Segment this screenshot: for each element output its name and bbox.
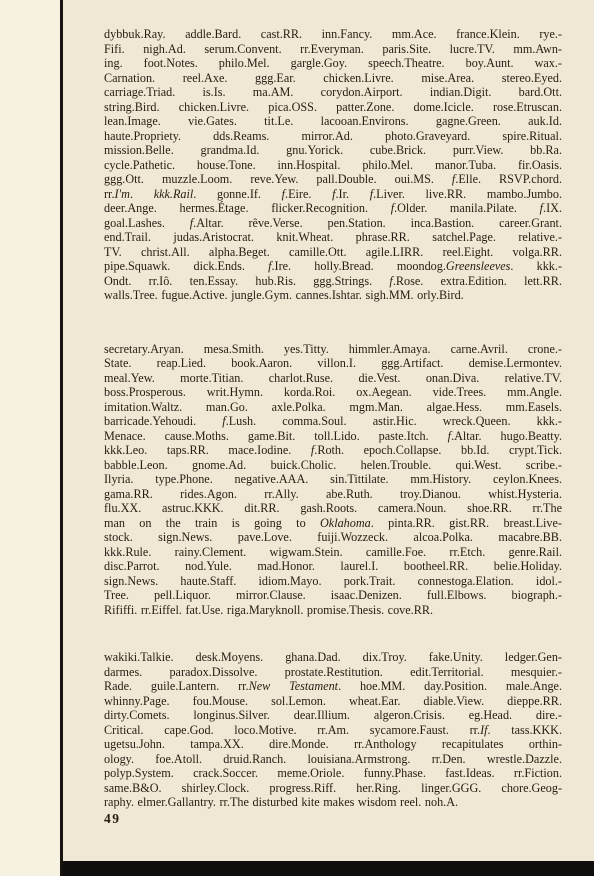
text-block: dybbuk.Ray. addle.Bard. cast.RR. inn.Fan…: [104, 27, 562, 810]
text-line: Tree. pell.Liquor. mirror.Clause. isaac.…: [104, 588, 562, 603]
text-line: mission.Belle. grandma.Id. gnu.Yorick. c…: [104, 143, 562, 158]
text-line: pipe.Squawk. dick.Ends. f.Ire. holly.Bre…: [104, 259, 562, 274]
text-line: State. reap.Lied. book.Aaron. villon.I. …: [104, 356, 562, 371]
text-line: ggg.Ott. muzzle.Loom. reve.Yew. pall.Dou…: [104, 172, 562, 187]
paragraph: dybbuk.Ray. addle.Bard. cast.RR. inn.Fan…: [104, 27, 562, 303]
text-line: Ondt. rr.Iô. ten.Essay. hub.Ris. ggg.Str…: [104, 274, 562, 289]
text-line: raphy. elmer.Gallantry. rr.The disturbed…: [104, 795, 562, 810]
text-line: Rade. guile.Lantern. rr.New Testament. h…: [104, 679, 562, 694]
text-line: stock. sign.News. pave.Love. fuiji.Wozze…: [104, 530, 562, 545]
text-line: walls.Tree. fugue.Active. jungle.Gym. ca…: [104, 288, 562, 303]
text-line: polyp.System. crack.Soccer. meme.Oriole.…: [104, 766, 562, 781]
page-number: 49: [104, 811, 121, 827]
text-line: ugetsu.John. tampa.XX. dire.Monde. rr.An…: [104, 737, 562, 752]
paragraph: wakiki.Talkie. desk.Moyens. ghana.Dad. d…: [104, 650, 562, 810]
text-line: kkk.Leo. taps.RR. mace.Iodine. f.Roth. e…: [104, 443, 562, 458]
text-line: Menace. cause.Moths. game.Bit. toll.Lido…: [104, 429, 562, 444]
text-line: string.Bird. chicken.Livre. pica.OSS. pa…: [104, 100, 562, 115]
text-line: Rififfi. rr.Eiffel. fat.Use. riga.Marykn…: [104, 603, 562, 618]
text-line: Critical. cape.God. loco.Motive. rr.Am. …: [104, 723, 562, 738]
text-line: Ilyria. type.Phone. negative.AAA. sin.Ti…: [104, 472, 562, 487]
text-line: cycle.Pathetic. house.Tone. inn.Hospital…: [104, 158, 562, 173]
text-line: flu.XX. astruc.KKK. dit.RR. gash.Roots. …: [104, 501, 562, 516]
text-line: end.Trail. judas.Aristocrat. knit.Wheat.…: [104, 230, 562, 245]
text-line: Fifi. nigh.Ad. serum.Convent. rr.Everyma…: [104, 42, 562, 57]
book-page: dybbuk.Ray. addle.Bard. cast.RR. inn.Fan…: [0, 0, 594, 876]
text-line: rr.I'm. kkk.Rail. gonne.If. f.Eire. f.Ir…: [104, 187, 562, 202]
text-line: gama.RR. rides.Agon. rr.Ally. abe.Ruth. …: [104, 487, 562, 502]
text-line: secretary.Aryan. mesa.Smith. yes.Titty. …: [104, 342, 562, 357]
text-line: imitation.Waltz. man.Go. axle.Polka. mgm…: [104, 400, 562, 415]
text-line: ology. foe.Atoll. druid.Ranch. louisiana…: [104, 752, 562, 767]
text-line: goal.Lashes. f.Altar. rêve.Verse. pen.St…: [104, 216, 562, 231]
text-line: whinny.Page. fou.Mouse. sol.Lemon. wheat…: [104, 694, 562, 709]
text-line: kkk.Rule. rainy.Clement. wigwam.Stein. c…: [104, 545, 562, 560]
text-line: sign.News. haute.Staff. idiom.Mayo. pork…: [104, 574, 562, 589]
text-line: deer.Ange. hermes.Étage. flicker.Recogni…: [104, 201, 562, 216]
text-line: Carnation. reel.Axe. ggg.Ear. chicken.Li…: [104, 71, 562, 86]
text-line: haute.Propriety. dds.Reams. mirror.Ad. p…: [104, 129, 562, 144]
paragraph: secretary.Aryan. mesa.Smith. yes.Titty. …: [104, 342, 562, 618]
text-line: wakiki.Talkie. desk.Moyens. ghana.Dad. d…: [104, 650, 562, 665]
text-line: TV. christ.All. alpha.Beget. camille.Ott…: [104, 245, 562, 260]
text-line: dirty.Comets. longinus.Silver. dear.Illi…: [104, 708, 562, 723]
scan-bottom-edge: [63, 861, 594, 876]
scan-gutter-line: [60, 0, 63, 876]
text-line: carriage.Triad. is.Is. ma.AM. corydon.Ai…: [104, 85, 562, 100]
text-line: meal.Yew. morte.Titian. charlot.Ruse. di…: [104, 371, 562, 386]
text-line: babble.Leon. gnome.Ad. buick.Cholic. hel…: [104, 458, 562, 473]
page-left-margin: [0, 0, 60, 876]
text-line: lean.Image. vie.Gates. tit.Le. lacooan.E…: [104, 114, 562, 129]
text-line: boss.Prosperous. writ.Hymn. korda.Roi. o…: [104, 385, 562, 400]
text-line: barricade.Yehoudi. f.Lush. comma.Soul. a…: [104, 414, 562, 429]
text-line: disc.Parrot. nod.Yule. mad.Honor. laurel…: [104, 559, 562, 574]
text-line: man on the train is going to Oklahoma. p…: [104, 516, 562, 531]
text-line: same.B&O. shirley.Clock. progress.Riff. …: [104, 781, 562, 796]
text-line: ing. foot.Notes. philo.Mel. gargle.Goy. …: [104, 56, 562, 71]
text-line: dybbuk.Ray. addle.Bard. cast.RR. inn.Fan…: [104, 27, 562, 42]
text-line: darmes. paradox.Dissolve. prostate.Resti…: [104, 665, 562, 680]
